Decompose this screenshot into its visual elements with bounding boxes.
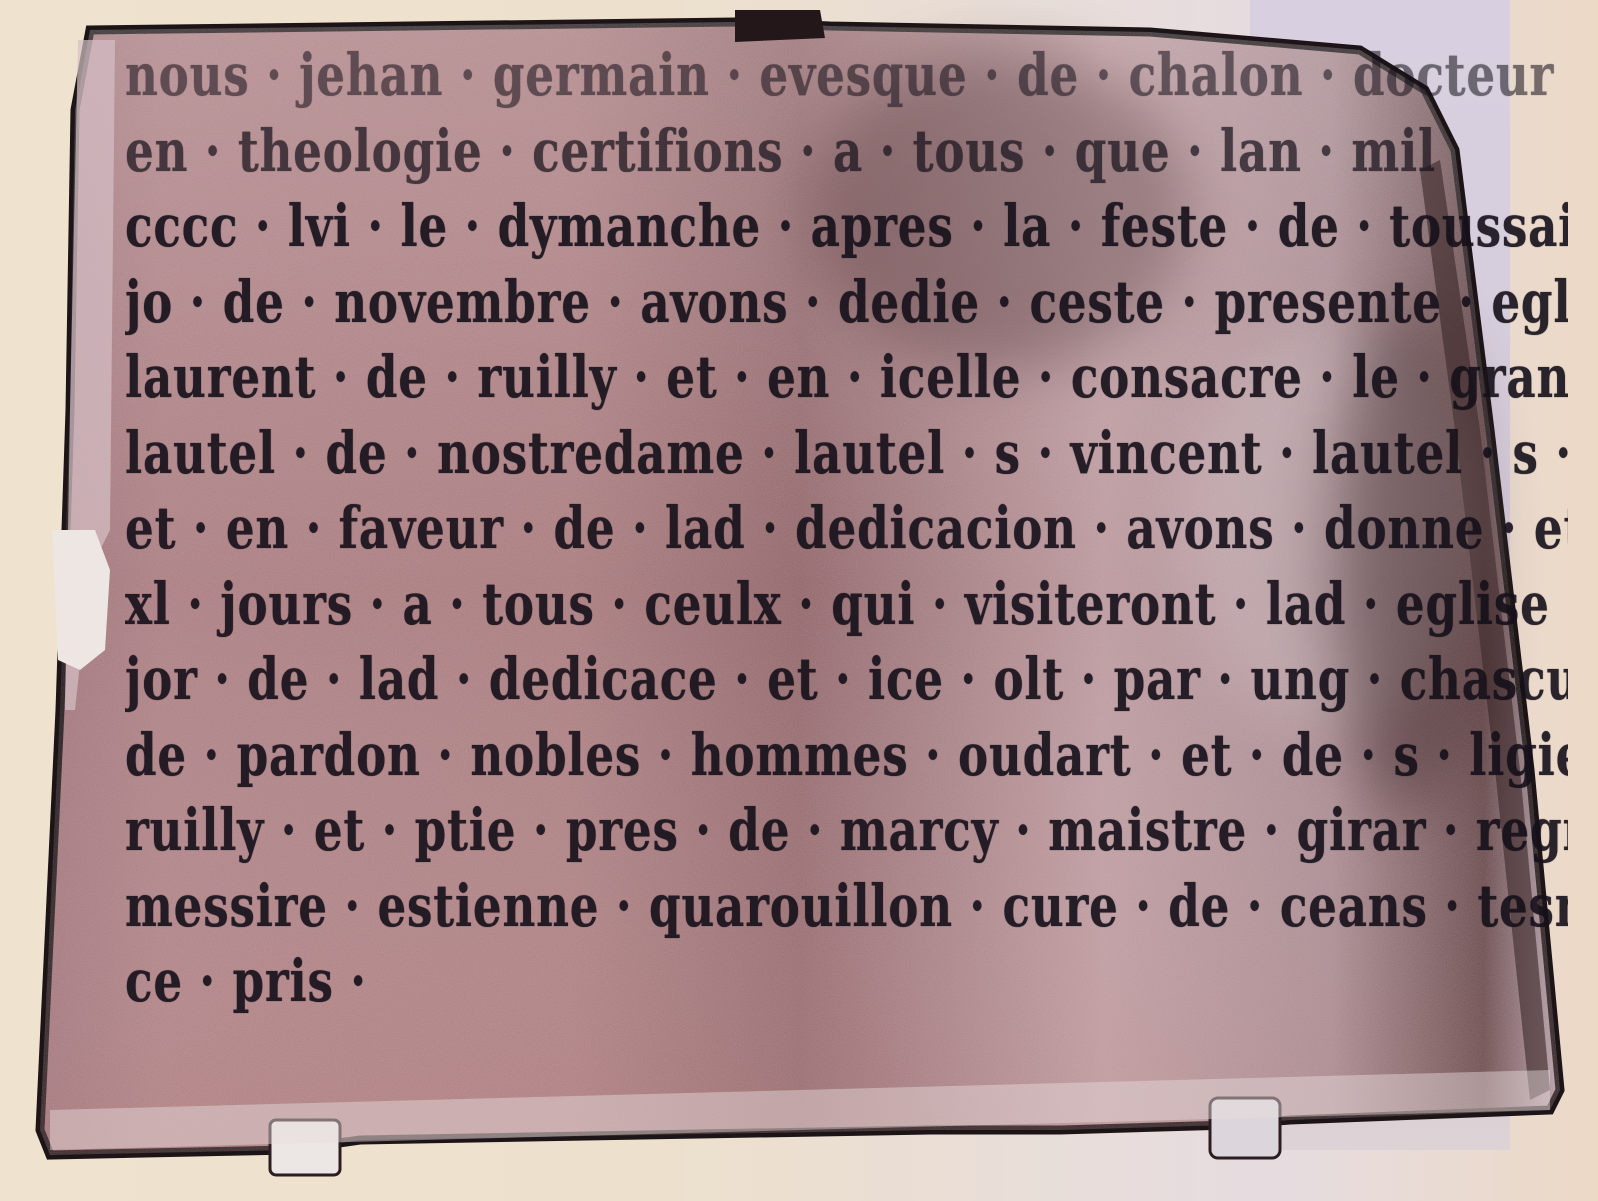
stone-plaque: nous · jehan · germain · evesque · de · … [30, 10, 1595, 1180]
inscription-line-5: laurent · de · ruilly · et · en · icelle… [125, 340, 1568, 416]
inscription-line-2: en · theologie · certifions · a · tous ·… [125, 114, 1568, 190]
inscription-line-7: et · en · faveur · de · lad · dedicacion… [125, 491, 1568, 567]
inscription-line-11: ruilly · et · ptie · pres · de · marcy ·… [125, 793, 1568, 869]
inscription-line-3: cccc · lvi · le · dymanche · apres · la … [125, 189, 1568, 265]
inscription-line-10: de · pardon · nobles · hommes · oudart ·… [125, 718, 1568, 794]
inscription-line-9: jor · de · lad · dedicace · et · ice · o… [125, 642, 1568, 718]
inscription-line-4: jo · de · novembre · avons · dedie · ces… [125, 265, 1568, 341]
inscription-line-8: xl · jours · a · tous · ceulx · qui · vi… [125, 567, 1568, 643]
inscription-text: nous · jehan · germain · evesque · de · … [125, 38, 1565, 1020]
inscription-line-13: ce · pris · [125, 944, 1568, 1020]
inscription-line-1: nous · jehan · germain · evesque · de · … [125, 38, 1568, 114]
inscription-line-12: messire · estienne · quarouillon · cure … [125, 869, 1568, 945]
inscription-line-6: lautel · de · nostredame · lautel · s · … [125, 416, 1568, 492]
